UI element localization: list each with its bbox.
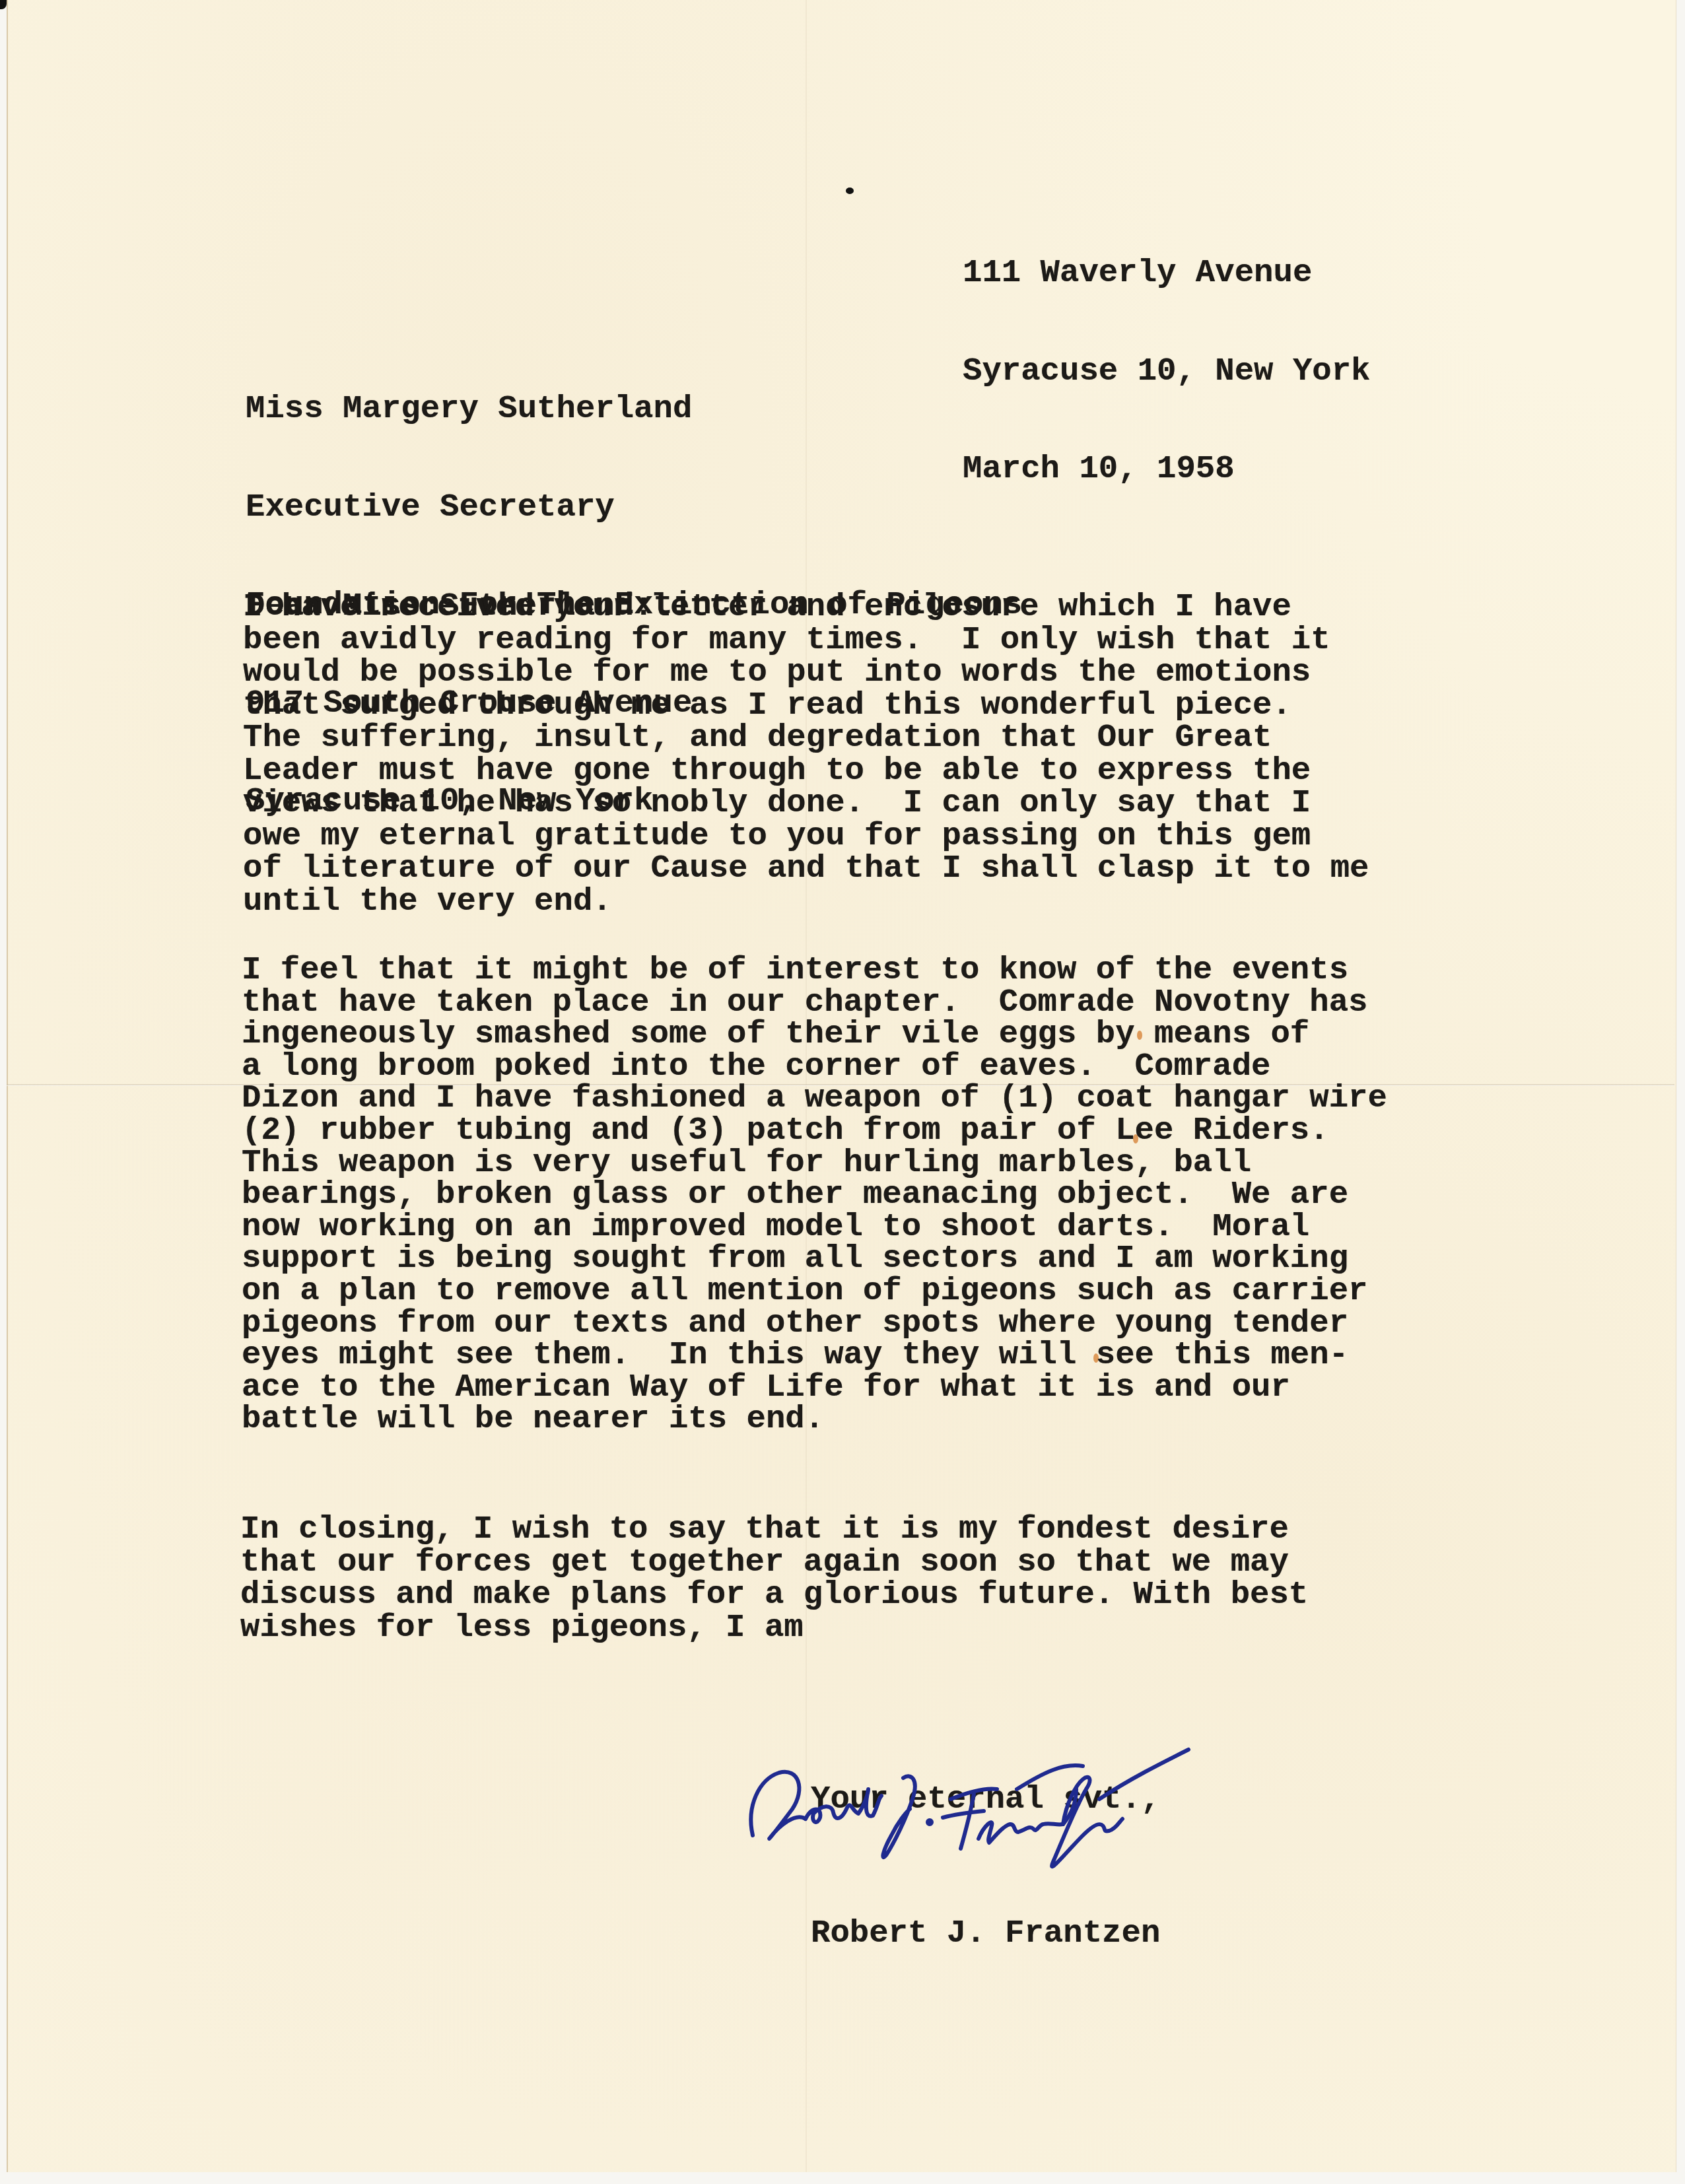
body-paragraph-1: I have received your letter and enclosur… [243,591,1369,918]
paragraph-line: been avidly reading for many times. I on… [243,624,1369,657]
paragraph-line: Leader must have gone through to be able… [243,755,1369,788]
paragraph-line: that our forces get together again soon … [240,1546,1308,1579]
return-address-line: Syracuse 10, New York [963,355,1371,388]
paragraph-line: battle will be nearer its end. [242,1403,1387,1435]
recipient-title: Executive Secretary [246,491,1022,524]
paragraph-line: This weapon is very useful for hurling m… [242,1147,1387,1179]
typed-signature-name: Robert J. Frantzen [811,1852,1160,1983]
paragraph-line: discuss and make plans for a glorious fu… [240,1579,1308,1612]
ink-spot [846,188,854,194]
body-paragraph-2: I feel that it might be of interest to k… [242,954,1387,1435]
paragraph-line: Dizon and I have fashioned a weapon of (… [242,1082,1387,1114]
paragraph-line: views that he has so nobly done. I can o… [243,787,1369,820]
paragraph-line: bearings, broken glass or other meanacin… [242,1178,1387,1211]
paragraph-line: a long broom poked into the corner of ea… [242,1050,1387,1083]
paragraph-line: In closing, I wish to say that it is my … [240,1513,1308,1546]
paragraph-line: of literature of our Cause and that I sh… [243,852,1369,885]
paragraph-line: The suffering, insult, and degredation t… [243,722,1369,755]
paragraph-line: I feel that it might be of interest to k… [242,954,1387,986]
paragraph-line: ingeneously smashed some of their vile e… [242,1018,1387,1050]
letter-date: March 10, 1958 [963,453,1371,486]
paragraph-line: I have received your letter and enclosur… [243,591,1369,624]
paragraph-line: ace to the American Way of Life for what… [242,1371,1387,1404]
paragraph-line: now working on an improved model to shoo… [242,1211,1387,1243]
paragraph-line: that have taken place in our chapter. Co… [242,986,1387,1019]
return-address-block: 111 Waverly Avenue Syracuse 10, New York… [963,191,1371,518]
paragraph-line: (2) rubber tubing and (3) patch from pai… [242,1114,1387,1147]
return-address-line: 111 Waverly Avenue [963,257,1371,290]
scan-edge-mark [0,0,7,9]
paragraph-line: owe my eternal gratitude to you for pass… [243,820,1369,853]
typed-name-text: Robert J. Frantzen [811,1917,1160,1950]
paragraph-line: on a plan to remove all mention of pigeo… [242,1275,1387,1307]
paragraph-line: eyes might see them. In this way they wi… [242,1339,1387,1371]
recipient-name: Miss Margery Sutherland [246,393,1022,426]
paragraph-line: that surged through me as I read this wo… [243,689,1369,722]
body-paragraph-3: In closing, I wish to say that it is my … [240,1513,1308,1644]
paragraph-line: would be possible for me to put into wor… [243,656,1369,689]
paragraph-line: pigeons from our texts and other spots w… [242,1307,1387,1340]
paragraph-line: wishes for less pigeons, I am [240,1612,1308,1645]
paragraph-line: support is being sought from all sectors… [242,1243,1387,1275]
paragraph-line: until the very end. [243,885,1369,918]
